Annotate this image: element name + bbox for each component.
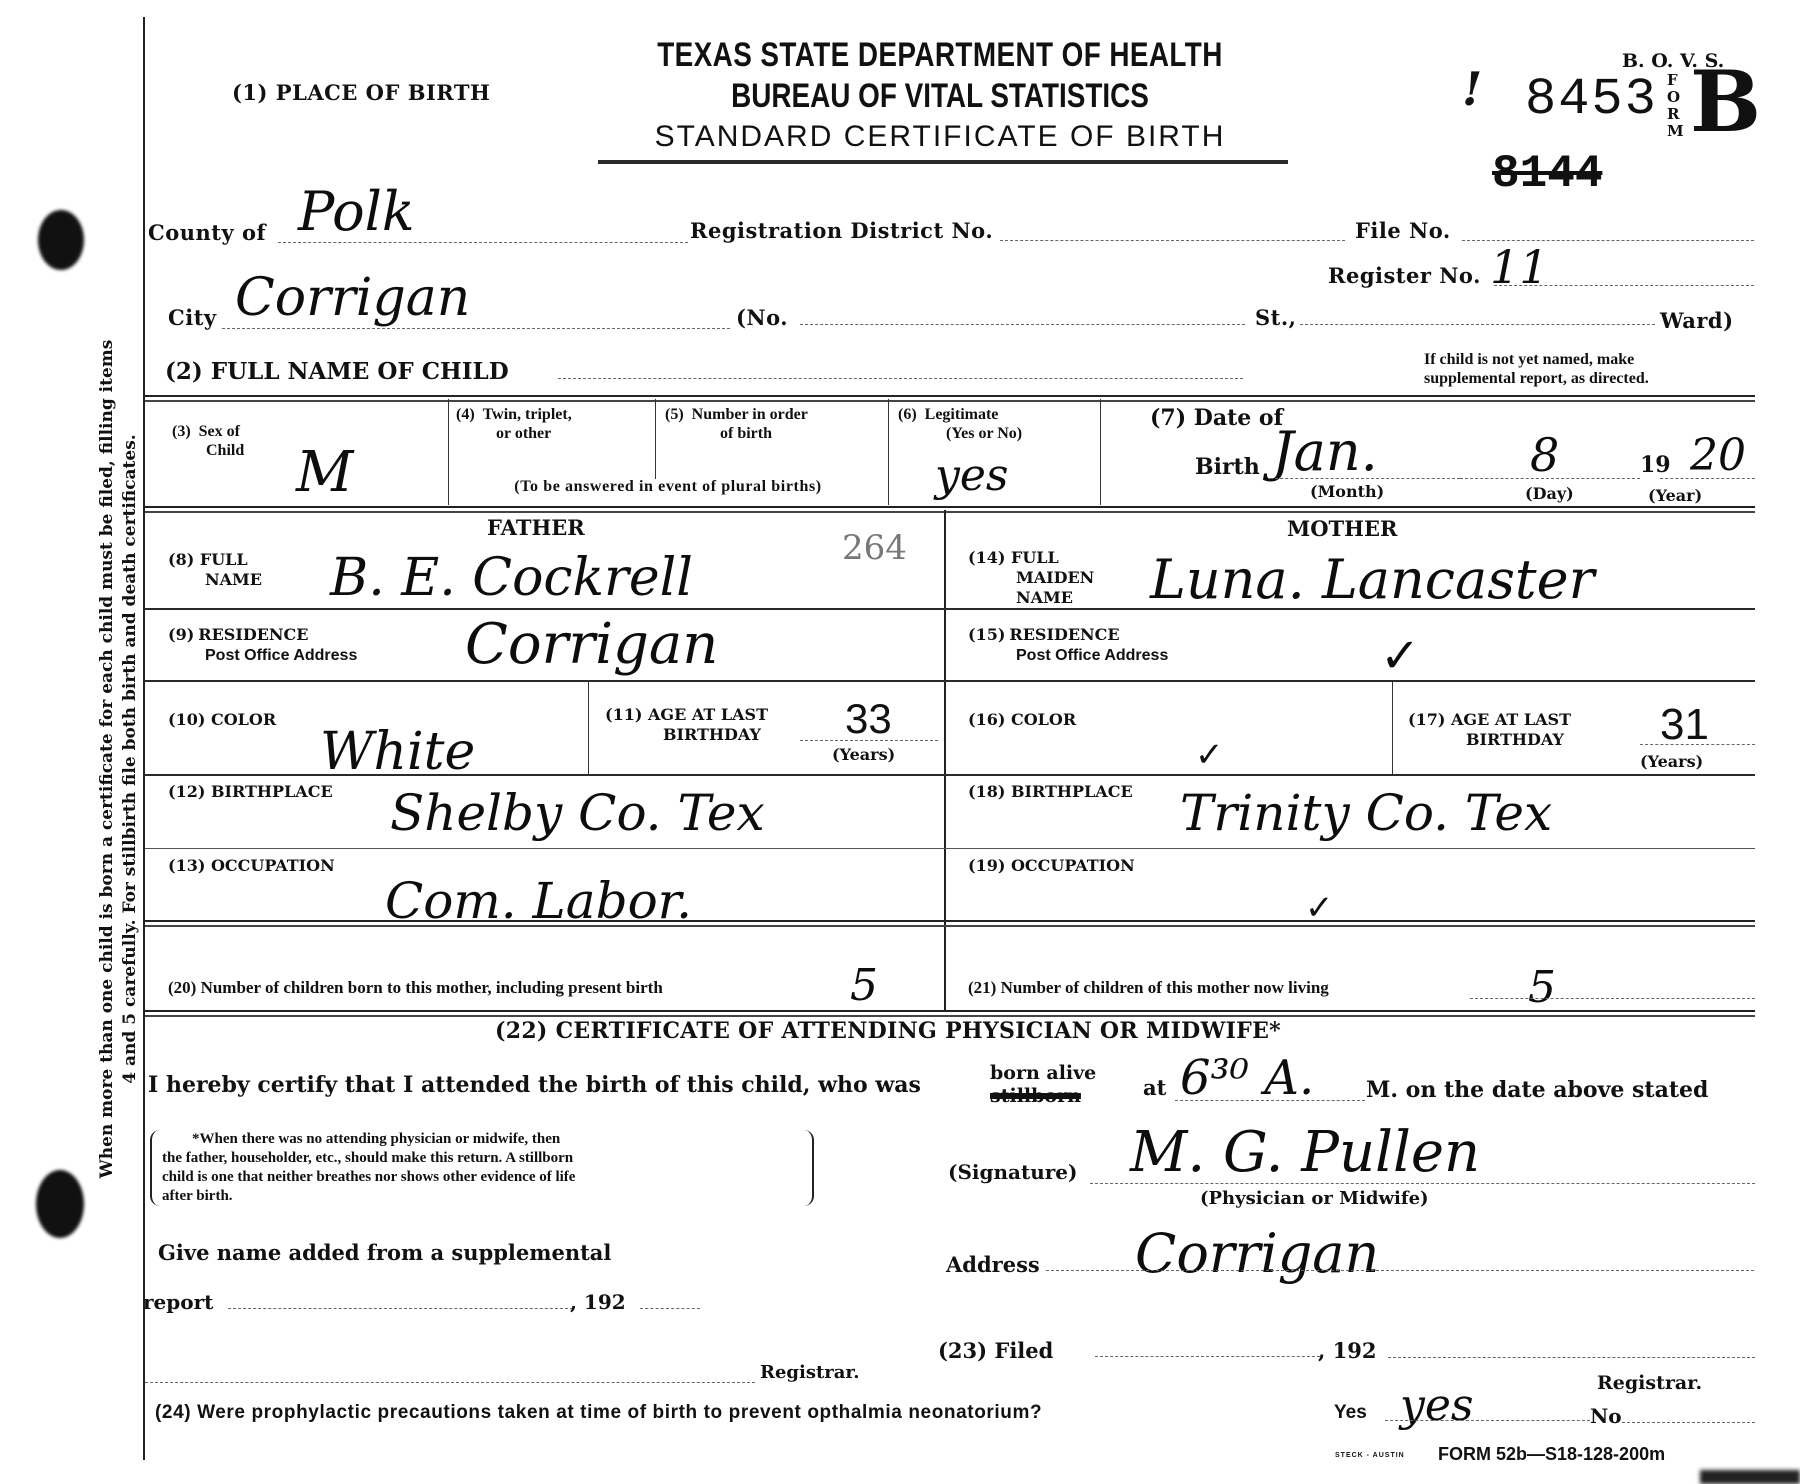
mother-birthplace-label: (18) BIRTHPLACE <box>968 782 1133 801</box>
prophylactic-no-line[interactable] <box>1622 1422 1755 1423</box>
father-color-value[interactable]: White <box>320 722 475 782</box>
supplemental-year-prefix: , 192 <box>570 1290 626 1314</box>
supplemental-report-line[interactable] <box>228 1308 573 1309</box>
supplemental-label: Give name added from a supplemental <box>158 1240 611 1265</box>
city-line <box>222 328 730 329</box>
side-note: When more than one child is born a certi… <box>96 64 144 1454</box>
street-line[interactable] <box>1300 324 1655 325</box>
register-no-line <box>1494 285 1754 286</box>
father-age-value[interactable]: 33 <box>845 695 892 743</box>
side-note-line2: 4 and 5 carefully. For stillbirth file b… <box>119 64 142 1454</box>
father-age-caption: (Years) <box>832 745 895 764</box>
order-label-line2: of birth <box>665 425 772 442</box>
born-alive-option: born alive <box>990 1062 1096 1084</box>
reg-district-label: Registration District No. <box>690 218 993 243</box>
form-vertical-text: FORM <box>1667 71 1684 140</box>
stillborn-option-struck: stillborn <box>990 1085 1081 1107</box>
legit-label-line2: (Yes or No) <box>898 425 1022 442</box>
unnamed-note-line2: supplemental report, as directed. <box>1424 369 1754 388</box>
struck-number: 8144 <box>1492 148 1602 200</box>
title-line2: BUREAU OF VITAL STATISTICS <box>645 77 1235 116</box>
children-born-label: (20) Number of children born to this mot… <box>168 978 663 998</box>
legitimate-label: (6) Legitimate (Yes or No) <box>898 405 1022 443</box>
child-full-name-label: (2) FULL NAME OF CHILD <box>165 358 509 385</box>
form-letter: B <box>1690 60 1761 144</box>
mother-occupation-label: (19) OCCUPATION <box>968 856 1135 875</box>
father-age-label-line1: AGE AT LAST <box>648 705 768 724</box>
mother-residence-num: (15) <box>968 625 1005 644</box>
binder-hole-top <box>38 210 84 270</box>
left-margin-rule <box>143 17 145 1460</box>
printer-imprint: STECK - AUSTIN <box>1335 1452 1405 1459</box>
file-no-label: File No. <box>1355 218 1451 243</box>
dob-month-value[interactable]: Jan. <box>1272 420 1378 483</box>
dob-day-value[interactable]: 8 <box>1530 428 1559 482</box>
mother-residence-value[interactable]: ✓ <box>1380 628 1420 684</box>
footnote-line4: after birth. <box>162 1187 802 1206</box>
registrar-left-line[interactable] <box>145 1382 755 1383</box>
certificate-number: 8453 <box>1525 70 1658 129</box>
father-age-label-line2: BIRTHDAY <box>605 725 761 744</box>
child-full-name-line[interactable] <box>558 378 1243 379</box>
father-age-num: (11) <box>605 705 642 724</box>
side-note-line1: When more than one child is born a certi… <box>96 64 119 1454</box>
sex-label: (3) Sex of Child <box>172 422 244 460</box>
unnamed-note: If child is not yet named, make suppleme… <box>1424 350 1754 388</box>
binder-hole-bottom <box>36 1170 84 1238</box>
father-margin-note: 264 <box>842 528 907 568</box>
certificate-heading: (22) CERTIFICATE OF ATTENDING PHYSICIAN … <box>495 1018 1281 1044</box>
day-caption: (Day) <box>1525 484 1574 503</box>
divider-5-6 <box>888 399 889 505</box>
parents-center-divider <box>944 510 946 1010</box>
form-code: FORM 52b—S18-128-200m <box>1438 1444 1665 1465</box>
order-label-num: (5) <box>665 406 684 423</box>
filed-registrar-line[interactable] <box>1388 1357 1755 1358</box>
prophylactic-question: (24) Were prophylactic precautions taken… <box>155 1402 1042 1424</box>
father-residence-label-text: RESIDENCE <box>198 625 308 644</box>
birth-time-line <box>1175 1100 1365 1101</box>
mother-residence-label: (15) RESIDENCE Post Office Address <box>968 625 1168 666</box>
place-of-birth-label: (1) PLACE OF BIRTH <box>232 80 490 105</box>
children-living-line <box>1470 998 1755 999</box>
order-label: (5) Number in order of birth <box>665 405 808 443</box>
mother-color-label: (16) COLOR <box>968 710 1076 729</box>
color-row-rule <box>145 774 1755 776</box>
mother-age-value[interactable]: 31 <box>1660 700 1709 750</box>
address-label: Address <box>946 1252 1040 1277</box>
footnote-line3: child is one that neither breathes nor s… <box>162 1168 802 1187</box>
plural-note: (To be answered in event of plural birth… <box>450 478 886 496</box>
mother-residence-sublabel: Post Office Address <box>968 647 1168 664</box>
filed-date-line[interactable] <box>1095 1356 1320 1357</box>
address-value[interactable]: Corrigan <box>1135 1222 1379 1285</box>
father-name-label-line2: NAME <box>168 570 262 589</box>
year-caption: (Year) <box>1648 486 1702 505</box>
twin-label-num: (4) <box>456 406 475 423</box>
twin-label: (4) Twin, triplet, or other <box>456 405 572 443</box>
father-name-label: (8) FULL NAME <box>168 550 262 590</box>
street-no-label: (No. <box>736 305 788 330</box>
father-heading: FATHER <box>487 515 585 540</box>
father-residence-sublabel: Post Office Address <box>168 647 357 664</box>
father-residence-label: (9) RESIDENCE Post Office Address <box>168 625 357 666</box>
children-born-value[interactable]: 5 <box>850 960 878 1011</box>
certificate-top-rule <box>145 1010 1755 1017</box>
father-birthplace-value[interactable]: Shelby Co. Tex <box>390 784 765 842</box>
birth-time-suffix: M. on the date above stated <box>1366 1077 1708 1103</box>
filed-label: (23) Filed <box>938 1338 1053 1363</box>
name-row-rule <box>145 608 1755 610</box>
mother-age-label-line1: AGE AT LAST <box>1451 710 1571 729</box>
footnote: *When there was no attending physician o… <box>150 1130 814 1206</box>
father-age-line <box>800 740 938 741</box>
ward-label: Ward) <box>1660 308 1734 333</box>
mother-age-caption: (Years) <box>1640 752 1703 771</box>
mother-residence-label-text: RESIDENCE <box>1009 625 1119 644</box>
sex-label-line1: Sex of <box>199 423 240 440</box>
title-underline <box>598 160 1288 164</box>
register-no-label: Register No. <box>1328 263 1481 288</box>
registrar-right-label: Registrar. <box>1597 1372 1702 1394</box>
footnote-line2: the father, householder, etc., should ma… <box>162 1149 802 1168</box>
supplemental-report-label: report <box>143 1290 213 1314</box>
sex-label-line2: Child <box>172 442 244 459</box>
mother-age-label: (17) AGE AT LAST BIRTHDAY <box>1408 710 1571 750</box>
twin-label-line1: Twin, triplet, <box>483 406 572 423</box>
registrar-left-label: Registrar. <box>760 1362 860 1383</box>
mother-name-label-line1: FULL <box>1011 548 1059 567</box>
occupation-row-rule <box>145 920 1755 927</box>
certify-text: I hereby certify that I attended the bir… <box>148 1072 921 1098</box>
title-line1: TEXAS STATE DEPARTMENT OF HEALTH <box>645 36 1235 75</box>
father-color-age-divider <box>588 682 589 774</box>
father-name-label-line1: FULL <box>200 550 248 569</box>
bottom-edge-shadow <box>1700 1470 1800 1484</box>
city-label: City <box>168 305 217 330</box>
father-age-label: (11) AGE AT LAST BIRTHDAY <box>605 705 768 745</box>
month-caption: (Month) <box>1310 482 1384 501</box>
dob-label-line1: (7) Date of <box>1150 405 1283 431</box>
dob-year-line <box>1660 478 1755 479</box>
street-label: St., <box>1255 305 1297 330</box>
county-line <box>278 242 688 243</box>
prophylactic-yes-line <box>1385 1420 1590 1421</box>
filed-year-prefix: , 192 <box>1318 1338 1376 1363</box>
dob-label-line2: Birth <box>1195 454 1260 480</box>
legit-label-line1: Legitimate <box>925 406 999 423</box>
mother-color-value[interactable]: ✓ <box>1195 735 1224 775</box>
divider-3-4 <box>448 399 449 505</box>
mother-age-label-line2: BIRTHDAY <box>1408 730 1564 749</box>
mother-name-num: (14) <box>968 548 1005 567</box>
father-birthplace-label: (12) BIRTHPLACE <box>168 782 333 801</box>
mother-age-line <box>1640 744 1755 745</box>
stamp-mark: ! <box>1462 62 1482 116</box>
mother-birthplace-value[interactable]: Trinity Co. Tex <box>1180 784 1552 842</box>
divider-6-7 <box>1100 399 1101 505</box>
residence-row-rule <box>145 680 1755 682</box>
father-occupation-label: (13) OCCUPATION <box>168 856 335 875</box>
dob-year-value[interactable]: 20 <box>1690 430 1746 481</box>
signature-caption: (Physician or Midwife) <box>1200 1188 1429 1209</box>
form-vertical-label: FORM <box>1667 72 1683 140</box>
unnamed-note-line1: If child is not yet named, make <box>1424 350 1754 369</box>
prophylactic-yes-label: Yes <box>1334 1402 1367 1424</box>
dob-day-line <box>1460 478 1640 479</box>
father-name-num: (8) <box>168 550 194 569</box>
mother-name-label: (14) FULL MAIDEN NAME <box>968 548 1094 608</box>
county-label: County of <box>148 220 266 245</box>
title-line3: STANDARD CERTIFICATE OF BIRTH <box>580 120 1300 154</box>
birth-time-at-label: at <box>1143 1075 1166 1100</box>
title-block: TEXAS STATE DEPARTMENT OF HEALTH BUREAU … <box>580 36 1300 154</box>
legitimate-value[interactable]: yes <box>935 450 1008 501</box>
address-line <box>1046 1270 1754 1271</box>
father-residence-value[interactable]: Corrigan <box>465 612 718 677</box>
twin-label-line2: or other <box>456 425 551 442</box>
mother-age-num: (17) <box>1408 710 1445 729</box>
father-name-value[interactable]: B. E. Cockrell <box>330 548 693 608</box>
father-color-label: (10) COLOR <box>168 710 276 729</box>
order-label-line1: Number in order <box>692 406 808 423</box>
prophylactic-yes-value[interactable]: yes <box>1400 1380 1473 1431</box>
reg-district-line[interactable] <box>1000 240 1345 241</box>
street-no-line[interactable] <box>800 324 1245 325</box>
sex-value[interactable]: M <box>296 440 353 505</box>
supplemental-year-line[interactable] <box>640 1308 700 1309</box>
county-value[interactable]: Polk <box>298 180 415 243</box>
dob-month-line <box>1270 478 1460 479</box>
birth-time-value[interactable]: 6³⁰ A. <box>1180 1050 1314 1106</box>
birthplace-row-rule <box>145 848 1755 849</box>
child-section-top-rule <box>145 395 1755 402</box>
mother-name-label-line2: MAIDEN <box>968 568 1094 587</box>
sex-label-num: (3) <box>172 423 191 440</box>
signature-value[interactable]: M. G. Pullen <box>1130 1120 1480 1185</box>
city-value[interactable]: Corrigan <box>235 268 470 328</box>
legit-label-num: (6) <box>898 406 917 423</box>
children-living-value[interactable]: 5 <box>1528 962 1556 1013</box>
parents-top-rule <box>145 506 1755 513</box>
mother-name-value[interactable]: Luna. Lancaster <box>1150 548 1594 611</box>
mother-name-label-line3: NAME <box>968 588 1073 607</box>
prophylactic-no-label: No <box>1590 1404 1622 1428</box>
dob-year-prefix: 19 <box>1640 452 1671 478</box>
signature-line <box>1090 1183 1755 1184</box>
signature-label: (Signature) <box>948 1160 1078 1184</box>
mother-heading: MOTHER <box>1287 516 1397 541</box>
footnote-line1: *When there was no attending physician o… <box>162 1130 802 1149</box>
mother-color-age-divider <box>1392 682 1393 774</box>
children-living-label: (21) Number of children of this mother n… <box>968 978 1329 998</box>
father-residence-num: (9) <box>168 625 194 644</box>
divider-4-5 <box>655 399 656 479</box>
